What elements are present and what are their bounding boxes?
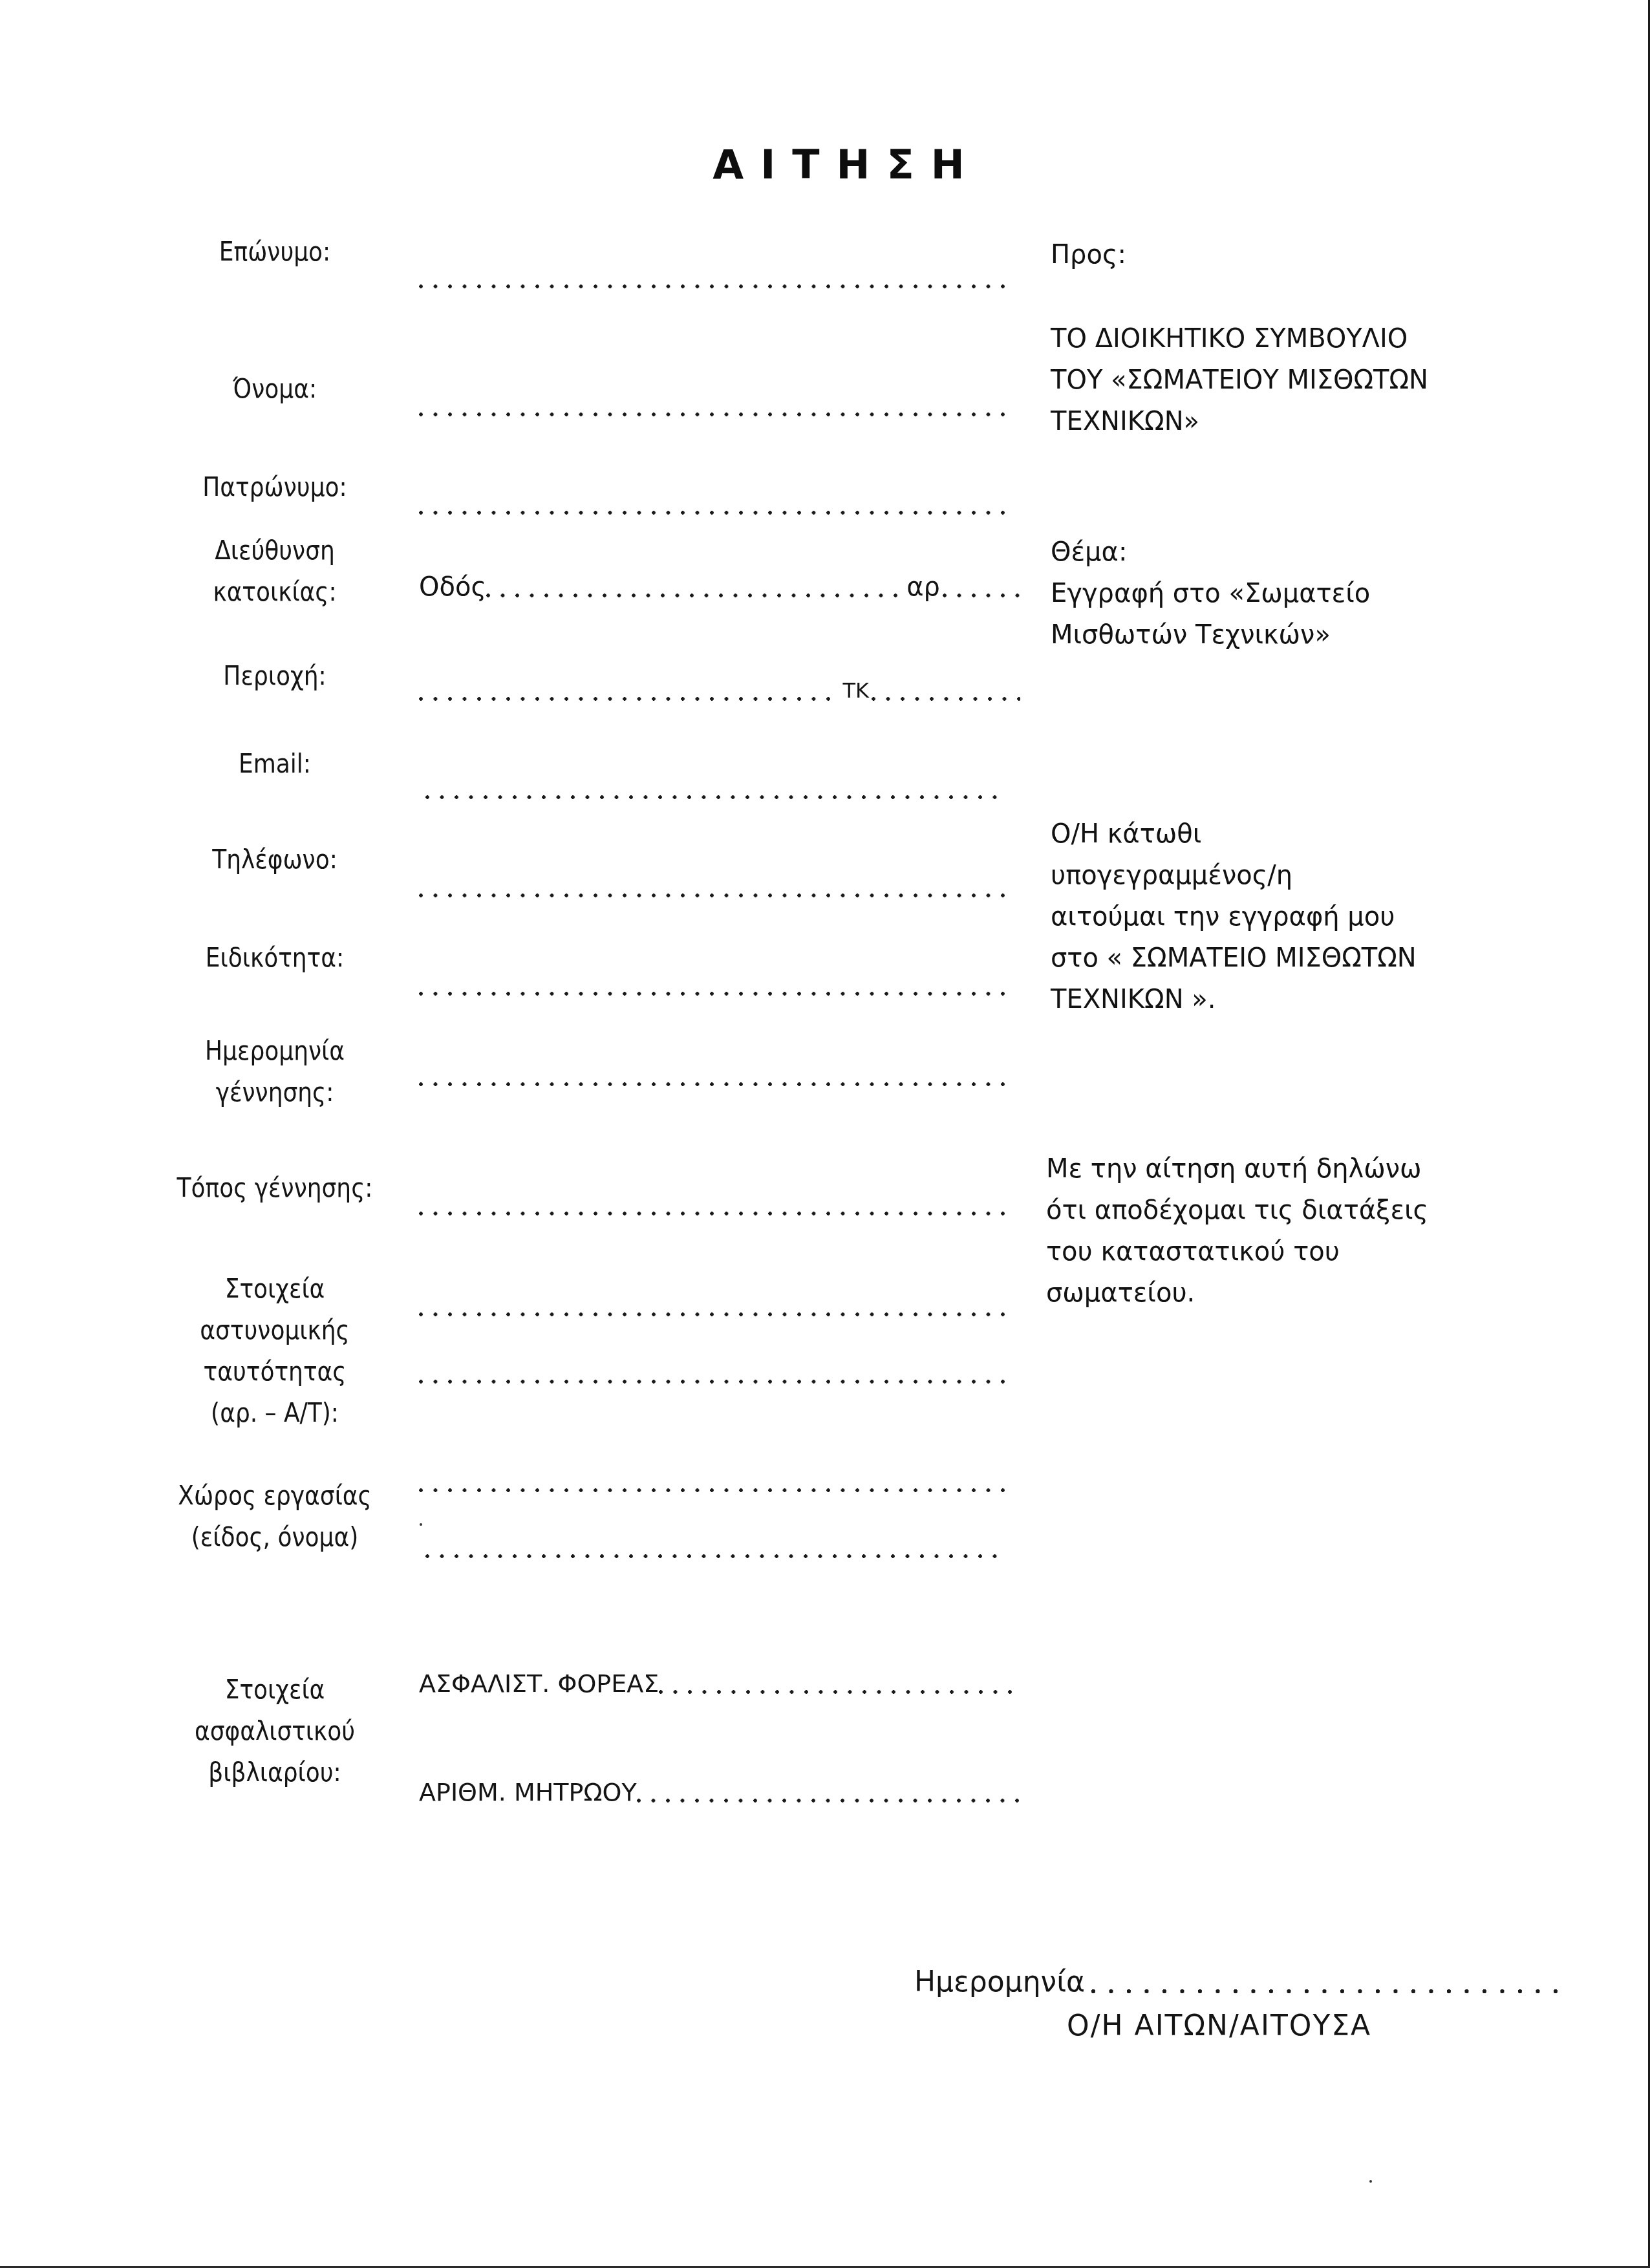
- workplace-field-2[interactable]: [425, 1553, 1007, 1559]
- first-name-label: Όνομα:: [120, 369, 430, 410]
- email-label: Email:: [120, 744, 430, 785]
- street-field[interactable]: [486, 592, 904, 599]
- address-field: Οδός αρ: [419, 569, 1020, 605]
- street-number-label: αρ: [906, 569, 940, 605]
- signature-date-row: Ημερομηνία: [914, 1962, 1567, 2003]
- subject-heading: Θέμα:: [1051, 531, 1555, 573]
- address-label-line1: Διεύθυνση: [120, 530, 430, 572]
- address-label-line2: κατοικίας:: [120, 572, 430, 613]
- id-card-label-line3: ταυτότητας: [120, 1351, 430, 1393]
- id-card-label: Στοιχεία αστυνομικής ταυτότητας (αρ. – Α…: [120, 1268, 430, 1434]
- recipient-line: ΤΕΧΝΙΚΩΝ»: [1051, 401, 1555, 442]
- address-label: Διεύθυνση κατοικίας:: [120, 530, 430, 613]
- birth-place-field[interactable]: [419, 1210, 1014, 1217]
- workplace-label-line1: Χώρος εργασίας: [120, 1475, 430, 1517]
- postcode-label: ΤΚ: [842, 672, 869, 709]
- street-label: Οδός: [419, 569, 486, 605]
- id-card-label-line2: αστυνομικής: [120, 1310, 430, 1351]
- page-title: ΑΙΤΗΣΗ: [0, 141, 1650, 188]
- request-line: στο « ΣΩΜΑΤΕΙΟ ΜΙΣΘΩΤΩΝ: [1051, 937, 1555, 979]
- insurance-label-line3: βιβλιαρίου:: [120, 1752, 430, 1793]
- subject-line: Μισθωτών Τεχνικών»: [1051, 614, 1555, 656]
- insurance-label-line1: Στοιχεία: [120, 1669, 430, 1711]
- recipient-heading: Προς:: [1051, 234, 1555, 275]
- declaration-line: ότι αποδέχομαι τις διατάξεις: [1046, 1190, 1550, 1231]
- birth-date-field[interactable]: [419, 1081, 1014, 1087]
- registry-number-label: ΑΡΙΘΜ. ΜΗΤΡΩΟΥ: [419, 1774, 637, 1810]
- insurance-provider-field[interactable]: [659, 1689, 1020, 1695]
- request-line: ΤΕΧΝΙΚΩΝ ».: [1051, 979, 1555, 1020]
- signature-date-field[interactable]: [1091, 1987, 1567, 1995]
- recipient-line: ΤΟ ΔΙΟΙΚΗΤΙΚΟ ΣΥΜΒΟΥΛΙΟ: [1051, 318, 1555, 359]
- phone-label: Τηλέφωνο:: [120, 839, 430, 881]
- area-field-row: ΤΚ: [419, 672, 1020, 709]
- first-name-field[interactable]: [419, 411, 1014, 418]
- request-statement: Ο/Η κάτωθι υπογεγραμμένος/η αιτούμαι την…: [1051, 813, 1555, 1020]
- area-label: Περιοχή:: [120, 656, 430, 697]
- insurance-label-line2: ασφαλιστικού: [120, 1711, 430, 1752]
- subject-block: Θέμα: Εγγραφή στο «Σωματείο Μισθωτών Τεχ…: [1051, 531, 1555, 656]
- registry-number-field[interactable]: [637, 1797, 1020, 1804]
- stray-mark: [1369, 2180, 1372, 2183]
- postcode-field[interactable]: [872, 696, 1020, 702]
- applicant-signature-label: Ο/Η ΑΙΤΩΝ/ΑΙΤΟΥΣΑ: [1067, 2006, 1371, 2047]
- recipient-block: ΤΟ ΔΙΟΙΚΗΤΙΚΟ ΣΥΜΒΟΥΛΙΟ ΤΟΥ «ΣΩΜΑΤΕΙΟΥ Μ…: [1051, 318, 1555, 442]
- request-line: αιτούμαι την εγγραφή μου: [1051, 896, 1555, 937]
- id-card-field-1[interactable]: [419, 1311, 1014, 1318]
- recipient-line: ΤΟΥ «ΣΩΜΑΤΕΙΟΥ ΜΙΣΘΩΤΩΝ: [1051, 359, 1555, 401]
- request-line: Ο/Η κάτωθι: [1051, 813, 1555, 855]
- insurance-provider-row: ΑΣΦΑΛΙΣΤ. ΦΟΡΕΑΣ: [419, 1665, 1020, 1702]
- workplace-label: Χώρος εργασίας (είδος, όνομα): [120, 1475, 430, 1558]
- declaration-line: του καταστατικού του: [1046, 1231, 1550, 1272]
- birth-date-label-line1: Ημερομηνία: [120, 1031, 430, 1072]
- id-card-field-2[interactable]: [419, 1378, 1014, 1385]
- birth-date-label: Ημερομηνία γέννησης:: [120, 1031, 430, 1113]
- declaration-line: σωματείου.: [1046, 1272, 1550, 1314]
- email-field[interactable]: [425, 794, 1007, 800]
- specialty-field[interactable]: [419, 990, 1014, 997]
- surname-label: Επώνυμο:: [120, 231, 430, 273]
- specialty-label: Ειδικότητα:: [120, 937, 430, 979]
- subject-line: Εγγραφή στο «Σωματείο: [1051, 573, 1555, 614]
- birth-place-label: Τόπος γέννησης:: [120, 1168, 430, 1209]
- insurance-label: Στοιχεία ασφαλιστικού βιβλιαρίου:: [120, 1669, 430, 1793]
- stray-mark: [420, 1523, 422, 1526]
- fathers-name-label: Πατρώνυμο:: [120, 467, 430, 508]
- phone-field[interactable]: [419, 892, 1014, 899]
- workplace-field-1[interactable]: [419, 1487, 1014, 1493]
- birth-date-label-line2: γέννησης:: [120, 1072, 430, 1113]
- id-card-label-line4: (αρ. – Α/Τ):: [120, 1393, 430, 1434]
- declaration-line: Με την αίτηση αυτή δηλώνω: [1046, 1148, 1550, 1190]
- registry-number-row: ΑΡΙΘΜ. ΜΗΤΡΩΟΥ: [419, 1774, 1020, 1810]
- declaration: Με την αίτηση αυτή δηλώνω ότι αποδέχομαι…: [1046, 1148, 1550, 1314]
- insurance-provider-label: ΑΣΦΑΛΙΣΤ. ΦΟΡΕΑΣ: [419, 1665, 659, 1702]
- id-card-label-line1: Στοιχεία: [120, 1268, 430, 1310]
- request-line: υπογεγραμμένος/η: [1051, 855, 1555, 896]
- fathers-name-field[interactable]: [419, 509, 1014, 516]
- street-number-field[interactable]: [943, 592, 1020, 599]
- workplace-label-line2: (είδος, όνομα): [120, 1517, 430, 1558]
- area-field[interactable]: [419, 696, 840, 702]
- surname-field[interactable]: [419, 283, 1014, 290]
- signature-date-label: Ημερομηνία: [914, 1962, 1085, 2003]
